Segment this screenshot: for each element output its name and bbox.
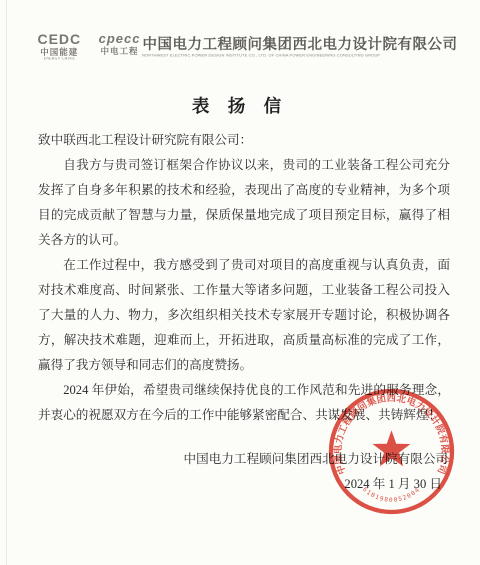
letterhead-company: 中国电力工程顾问集团西北电力设计院有限公司 NORTHWEST ELECTRIC… [142,32,480,60]
scan-edge-artifact [6,0,7,565]
energy-china-logo: CEDC 中国能建 ENERGY CHINA [34,32,85,63]
cpecc-logo-cn: 中电工程 [101,47,139,56]
letterhead: CEDC 中国能建 ENERGY CHINA cpecc 中电工程 中国电力工程… [34,32,462,63]
cpecc-logo-abbr: cpecc [99,32,141,46]
cpecc-logo: cpecc 中电工程 [99,32,141,56]
paragraph-2: 在工作过程中，我方感受到了贵司对项目的高度重视与认真负责，面对技术难度高、时间紧… [38,253,450,378]
energy-china-logo-abbr: CEDC [37,32,81,47]
paragraph-1: 自我方与贵司签订框架合作协议以来，贵司的工业装备工程公司充分发挥了自身多年积累的… [38,153,450,253]
letterhead-company-cn: 中国电力工程顾问集团西北电力设计院有限公司 [142,33,480,54]
letter-body: 致中联西北工程设计研究院有限公司： 自我方与贵司签订框架合作协议以来，贵司的工业… [38,128,450,497]
signature-block: 中国电力工程顾问集团西北电力设计院有限公司 2024 年 1 月 30 日 [38,447,450,497]
paragraph-3: 2024 年伊始，希望贵司继续保持优良的工作风范和先进的服务理念，并衷心的祝愿双… [38,378,450,428]
signature-company: 中国电力工程顾问集团西北电力设计院有限公司 [38,447,450,472]
letter-page: CEDC 中国能建 ENERGY CHINA cpecc 中电工程 中国电力工程… [0,0,480,565]
signature-date: 2024 年 1 月 30 日 [38,472,450,497]
salutation: 致中联西北工程设计研究院有限公司： [38,128,450,153]
letter-title: 表 扬 信 [0,93,480,118]
energy-china-logo-en: ENERGY CHINA [44,57,75,61]
letterhead-company-en: NORTHWEST ELECTRIC POWER DESIGN INSTITUT… [142,54,380,58]
energy-china-logo-cn: 中国能建 [40,48,78,57]
